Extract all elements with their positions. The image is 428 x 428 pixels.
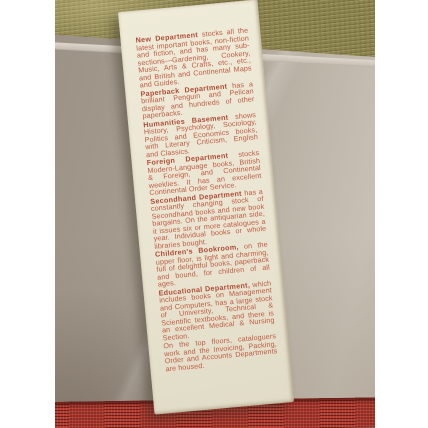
- bookmark: New Department stocks all the latest imp…: [118, 0, 294, 415]
- photo-background: New Department stocks all the latest imp…: [55, 0, 375, 428]
- photo-frame: New Department stocks all the latest imp…: [0, 0, 428, 428]
